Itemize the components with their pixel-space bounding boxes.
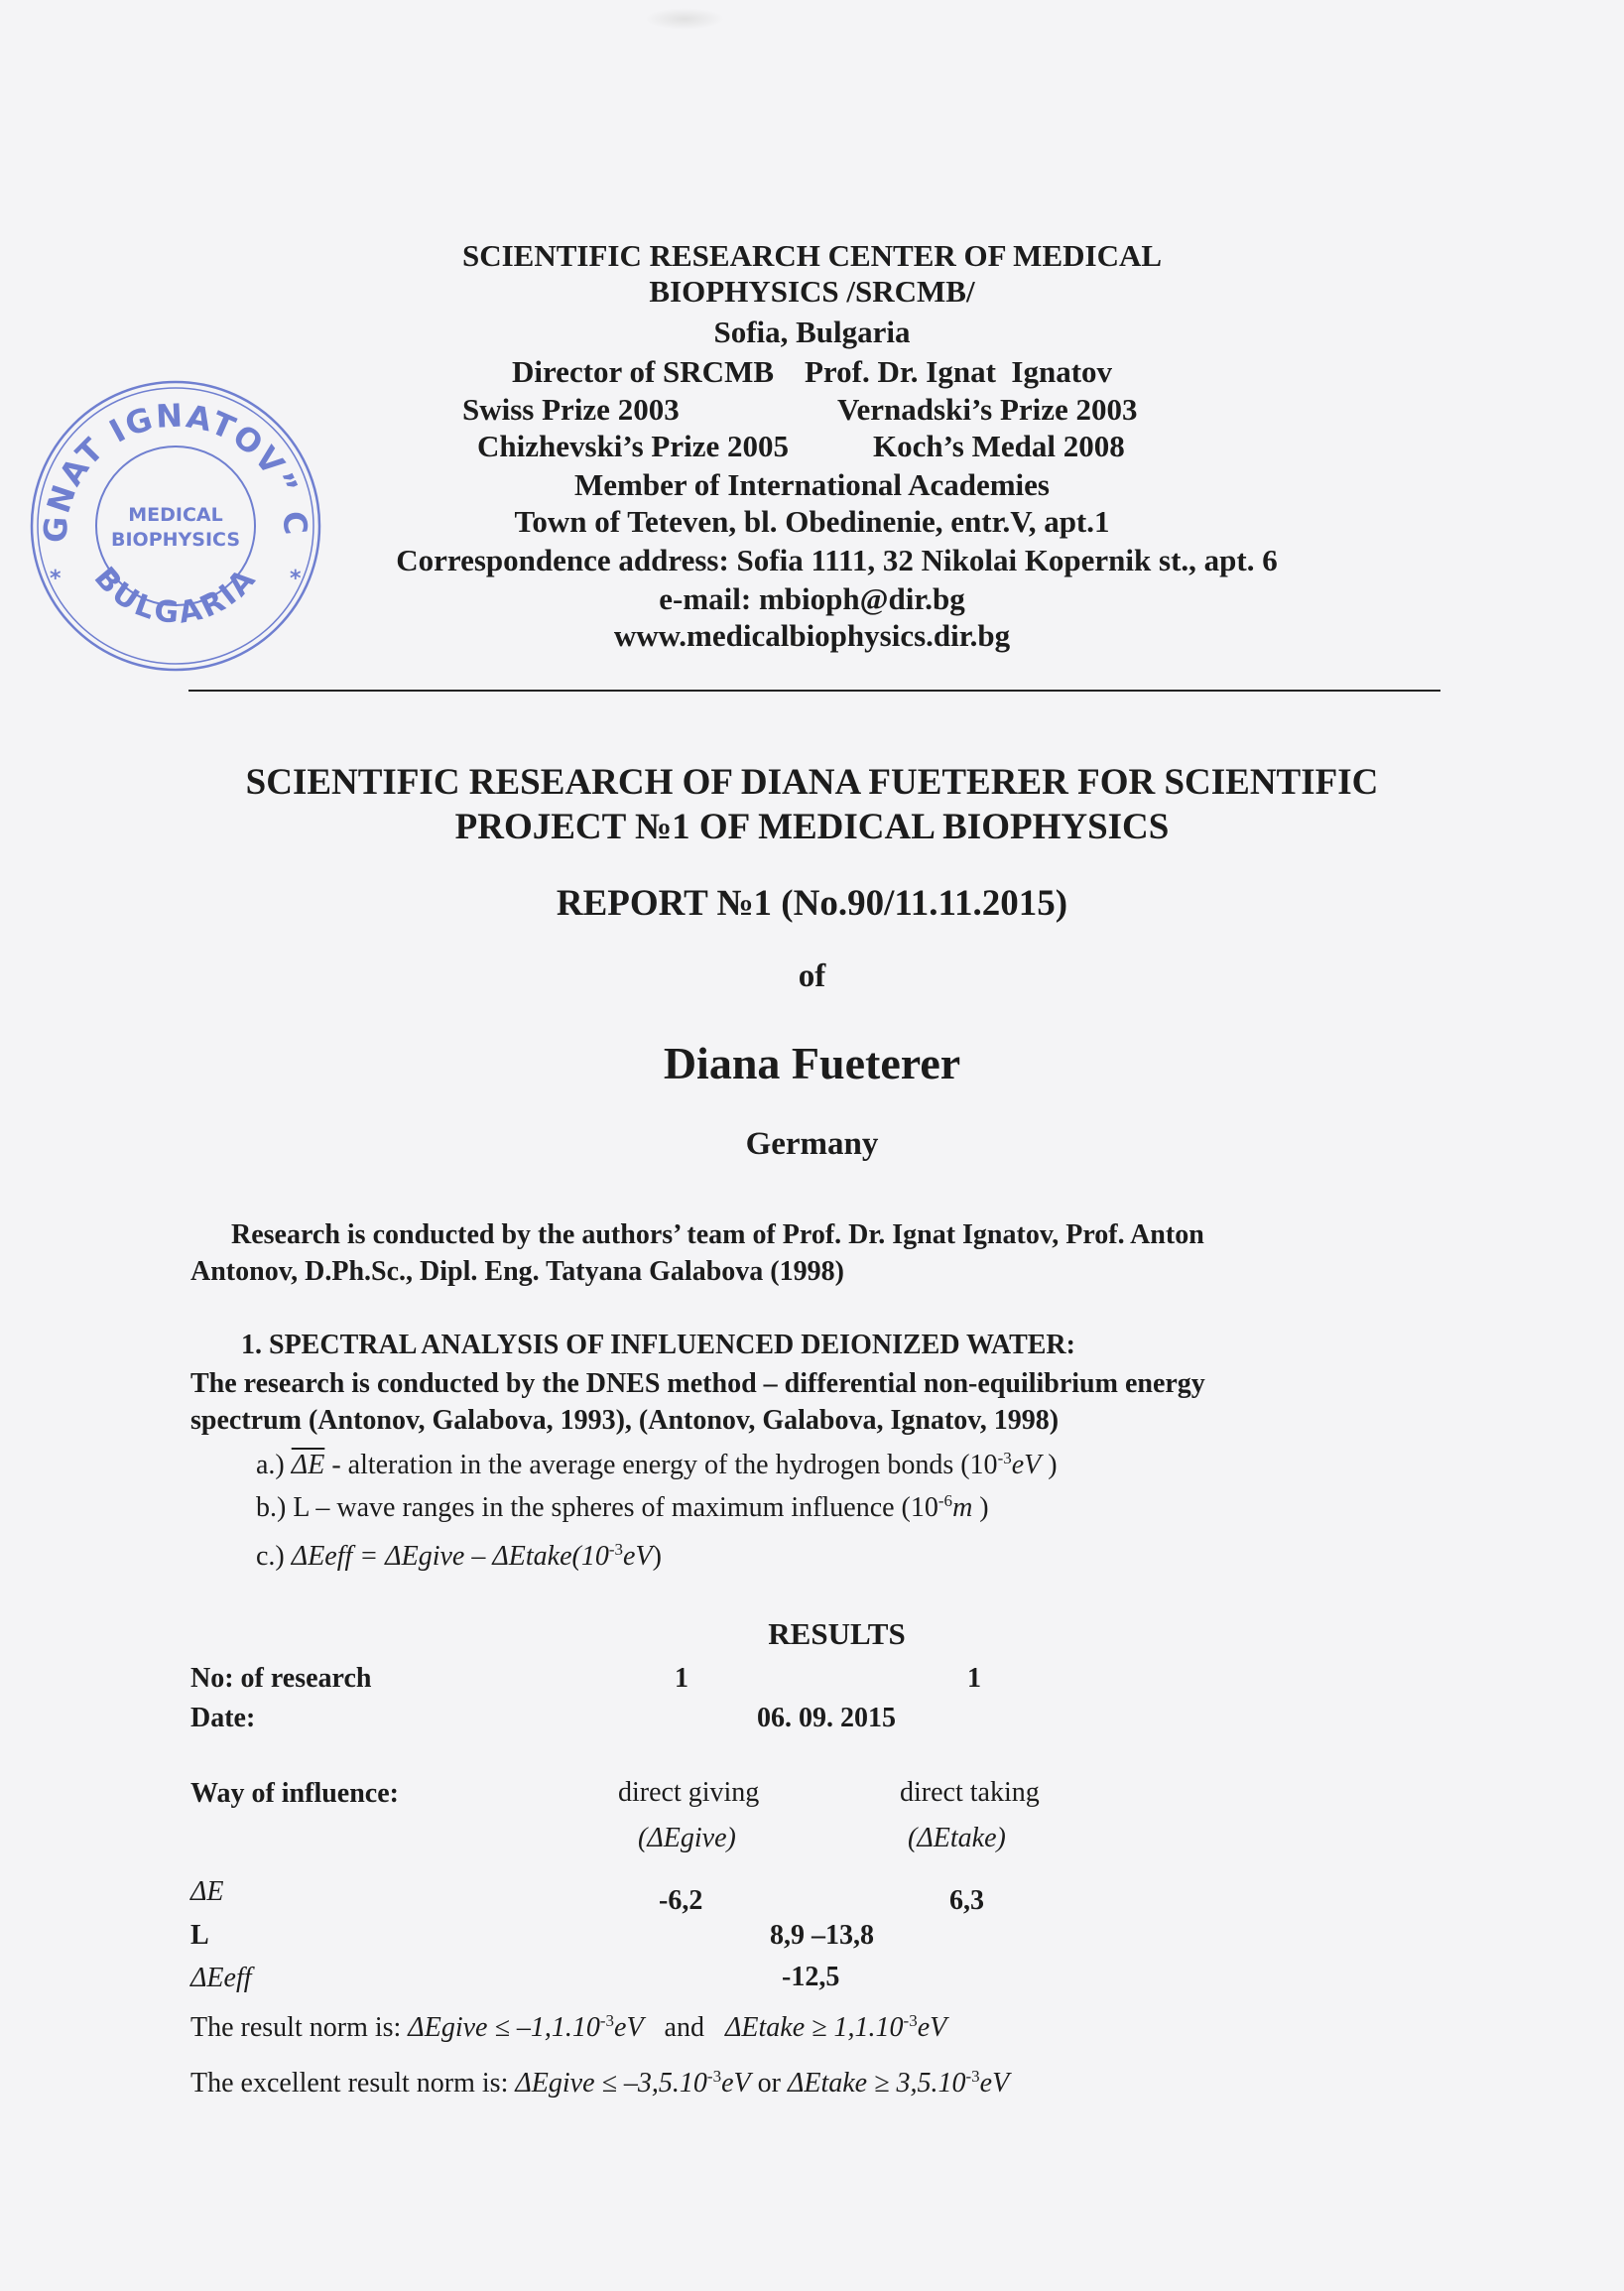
medal-koch: Koch’s Medal 2008	[873, 430, 1125, 463]
stamp-center-line1: MEDICAL	[128, 504, 222, 526]
report-title-line1: SCIENTIFIC RESEARCH OF DIANA FUETERER FO…	[0, 761, 1624, 804]
eff-formula: ΔEeff = ΔEgive – ΔEtake(10	[292, 1541, 609, 1572]
official-stamp: “IGNAT IGNATOV” CO. BULGARIA MEDICAL BIO…	[22, 377, 329, 675]
client-country: Germany	[0, 1126, 1624, 1163]
director-label: Director of SRCMB	[512, 354, 774, 389]
research-number-give: 1	[675, 1661, 688, 1696]
report-number: REPORT №1 (No.90/11.11.2015)	[0, 882, 1624, 925]
client-name: Diana Fueterer	[0, 1037, 1624, 1089]
column-taking-label: direct taking	[900, 1776, 1040, 1810]
column-giving-label: direct giving	[618, 1776, 759, 1810]
definition-c: c.) ΔEeff = ΔEgive – ΔEtake(10-3eV)	[256, 1540, 662, 1574]
prize-vernadski: Vernadski’s Prize 2003	[837, 393, 1138, 427]
l-range-value: 8,9 –13,8	[770, 1918, 874, 1953]
definition-b: b.) L – wave ranges in the spheres of ma…	[256, 1491, 989, 1525]
date-value: 06. 09. 2015	[757, 1701, 896, 1735]
l-symbol: L	[293, 1492, 309, 1523]
delta-eeff-value: -12,5	[782, 1960, 839, 1994]
stamp-country-text: BULGARIA	[87, 561, 264, 631]
header-divider	[188, 690, 1440, 692]
method-line1: The research is conducted by the DNES me…	[190, 1366, 1205, 1401]
definition-a: a.) ΔE - alteration in the average energ…	[256, 1449, 1058, 1482]
result-norm: The result norm is: ΔEgive ≤ –1,1.10-3eV…	[190, 2011, 946, 2045]
org-name-line1: SCIENTIFIC RESEARCH CENTER OF MEDICAL	[0, 239, 1624, 273]
delta-e-give-value: -6,2	[659, 1883, 702, 1918]
results-heading: RESULTS	[0, 1616, 1624, 1652]
row-delta-e-label: ΔE	[190, 1875, 224, 1909]
of-label: of	[0, 958, 1624, 995]
research-number-take: 1	[967, 1661, 981, 1696]
column-giving-symbol: (ΔEgive)	[638, 1822, 736, 1855]
svg-text:BULGARIA: BULGARIA	[87, 561, 264, 631]
stamp-center-line2: BIOPHYSICS	[111, 529, 240, 551]
row-delta-eeff-label: ΔEeff	[190, 1962, 252, 1995]
date-label: Date:	[190, 1701, 255, 1735]
report-title-line2: PROJECT №1 OF MEDICAL BIOPHYSICS	[0, 806, 1624, 848]
director-name: Prof. Dr. Ignat Ignatov	[805, 354, 1112, 389]
org-city: Sofia, Bulgaria	[0, 316, 1624, 349]
delta-e-symbol: ΔE	[292, 1450, 325, 1480]
prize-chizhevski: Chizhevski’s Prize 2005	[477, 430, 789, 463]
authors-line1: Research is conducted by the authors’ te…	[231, 1217, 1204, 1252]
column-taking-symbol: (ΔEtake)	[908, 1822, 1006, 1855]
method-line2: spectrum (Antonov, Galabova, 1993), (Ant…	[190, 1403, 1059, 1438]
excellent-result-norm: The excellent result norm is: ΔEgive ≤ –…	[190, 2067, 1009, 2100]
delta-e-take-value: 6,3	[949, 1883, 984, 1918]
authors-line2: Antonov, D.Ph.Sc., Dipl. Eng. Tatyana Ga…	[190, 1254, 844, 1289]
org-name-line2: BIOPHYSICS /SRCMB/	[0, 275, 1624, 309]
prize-swiss: Swiss Prize 2003	[462, 393, 680, 427]
row-l-label: L	[190, 1918, 209, 1953]
stamp-seal-icon: “IGNAT IGNATOV” CO. BULGARIA MEDICAL BIO…	[22, 377, 329, 675]
section-heading: 1. SPECTRAL ANALYSIS OF INFLUENCED DEION…	[241, 1328, 1075, 1362]
stamp-star-left: *	[50, 567, 62, 591]
way-of-influence-label: Way of influence:	[190, 1776, 399, 1811]
scan-artifact	[645, 8, 724, 30]
research-number-label: No: of research	[190, 1661, 371, 1696]
stamp-star-right: *	[290, 567, 302, 591]
